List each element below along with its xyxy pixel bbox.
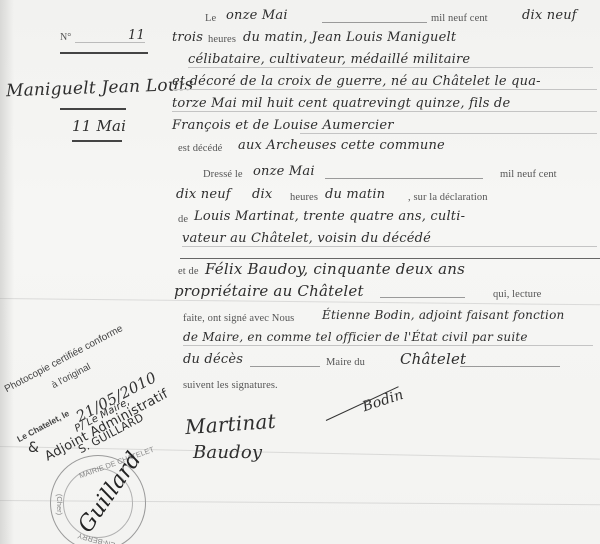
record-number: 11 [128, 28, 145, 43]
printed-et-de: et de [178, 266, 199, 277]
printed-heures-2: heures [290, 192, 318, 203]
margin-date-underline [72, 140, 122, 142]
printed-heures: heures [208, 34, 236, 45]
declarant-1-details: vateur au Châtelet, voisin du décédé [182, 231, 431, 246]
record-hour: dix [252, 187, 272, 202]
death-hour: trois [172, 30, 203, 45]
fill-line [250, 366, 320, 367]
fill-line [300, 133, 597, 134]
record-day-month: onze Mai [253, 164, 315, 179]
declarant-1: Louis Martinat, trente quatre ans, culti… [194, 209, 465, 224]
margin-deceased-name: Maniguelt Jean Louis [6, 75, 194, 102]
section-divider [180, 258, 600, 259]
place-of-death: aux Archeuses cette commune [238, 138, 445, 153]
deceased-full-name: du matin, Jean Louis Maniguelt [243, 30, 456, 45]
margin-date: 11 Mai [72, 117, 126, 135]
deceased-birthdate-parents: torze Mai mil huit cent quatrevingt quin… [172, 96, 510, 111]
printed-dresse-le: Dressé le [203, 169, 243, 180]
printed-est-decede: est décédé [178, 143, 222, 154]
officer-name-title: Étienne Bodin, adjoint faisant fonction [322, 308, 564, 322]
deceased-occupation: célibataire, cultivateur, médaillé milit… [188, 52, 470, 67]
printed-mil-neuf-cent: mil neuf cent [431, 13, 488, 24]
commune-name: Châtelet [400, 350, 466, 368]
fill-line [380, 297, 465, 298]
declarant-2-details: propriétaire au Châtelet [174, 282, 364, 300]
certification-stamp: Photocopie certifiée conforme à l'origin… [0, 330, 240, 544]
record-time-of-day: du matin [325, 187, 385, 202]
fill-line [172, 89, 597, 90]
printed-de: de [178, 214, 188, 225]
printed-sur-la-declaration: , sur la déclaration [408, 192, 488, 203]
printed-faite-ont-signe: faite, ont signé avec Nous [183, 313, 294, 324]
seal-left-text: (Cher) [55, 494, 64, 515]
printed-qui-lecture: qui, lecture [493, 289, 541, 300]
fill-line [172, 111, 597, 112]
number-label: N° [60, 32, 71, 43]
printed-le: Le [205, 13, 216, 24]
fill-line [182, 246, 597, 247]
death-year: dix neuf [522, 8, 577, 23]
stamp-place-label: Le Chatelet, le [15, 408, 71, 444]
fill-line [322, 22, 427, 23]
margin-name-underline [60, 108, 126, 110]
printed-maire-du: Maire du [326, 357, 365, 368]
deceased-parents-names: François et de Louise Aumercier [172, 118, 394, 133]
declarant-2: Félix Baudoy, cinquante deux ans [205, 260, 465, 278]
document-page: N° 11 Maniguelt Jean Louis 11 Mai Le onz… [0, 0, 600, 544]
death-day-month: onze Mai [226, 8, 288, 23]
fill-line [325, 178, 483, 179]
record-year: dix neuf [176, 187, 231, 202]
printed-mil-neuf-cent-2: mil neuf cent [500, 169, 557, 180]
number-underline [60, 52, 148, 54]
stamp-margin-letter: & [28, 440, 39, 456]
fill-line [183, 345, 593, 346]
fill-line [460, 366, 560, 367]
fill-line [188, 67, 593, 68]
deceased-decorations-birthplace: et décoré de la croix de guerre, né au C… [172, 74, 541, 89]
